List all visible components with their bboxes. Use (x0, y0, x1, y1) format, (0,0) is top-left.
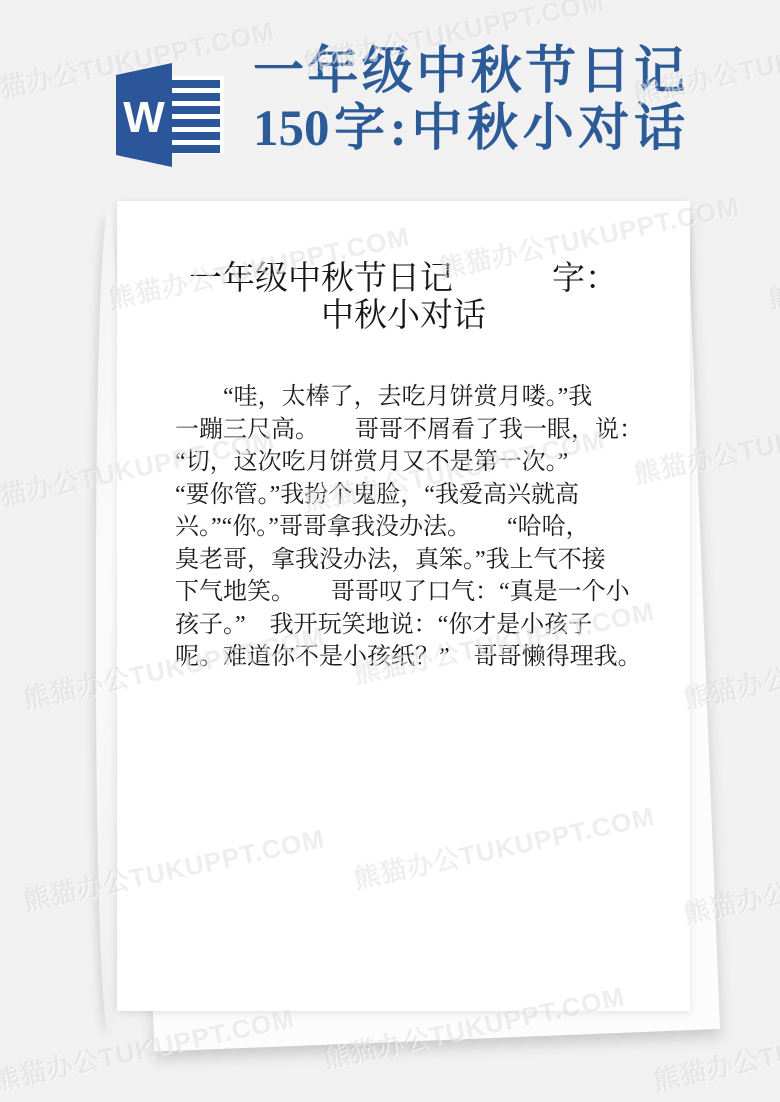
document-title: 一年级中秋节日记 字： 中秋小对话 (117, 261, 690, 335)
page-title-line2: 150字:中秋小对话 (253, 101, 685, 158)
body-line: 呢。难道你不是小孩纸？” 哥哥懒得理我。 (175, 641, 690, 674)
page-title: 一年级中秋节日记 150字:中秋小对话 (253, 44, 685, 158)
word-icon-letter: W (123, 93, 165, 142)
body-line: “哇，太棒了，去吃月饼赏月喽。”我 (175, 381, 690, 414)
body-line: 孩子。” 我开玩笑地说：“你才是小孩子 (175, 609, 690, 642)
page-title-line1: 一年级中秋节日记 (253, 44, 685, 101)
document-body: “哇，太棒了，去吃月饼赏月喽。”我 一蹦三尺高。 哥哥不屑看了我一眼，说： “切… (117, 381, 690, 674)
site-watermark-text: 熊猫办公TUKUPPT.COM (765, 216, 780, 316)
body-line: “要你管。”我扮个鬼脸，“我爱高兴就高 (175, 479, 690, 512)
document-title-line1: 一年级中秋节日记 字： (117, 261, 690, 298)
body-line: 兴。”“你。”哥哥拿我没办法。 “哈哈， (175, 511, 690, 544)
body-line: “切，这次吃月饼赏月又不是第一次。” (175, 446, 690, 479)
body-line: 臭老哥，拿我没办法，真笨。”我上气不接 (175, 544, 690, 577)
document-page: 一年级中秋节日记 字： 中秋小对话 “哇，太棒了，去吃月饼赏月喽。”我 一蹦三尺… (117, 201, 690, 1011)
body-line: 一蹦三尺高。 哥哥不屑看了我一眼，说： (175, 414, 690, 447)
body-line: 下气地笑。 哥哥叹了口气：“真是一个小 (175, 576, 690, 609)
document-title-line2: 中秋小对话 (117, 298, 690, 335)
word-file-icon: W (106, 62, 238, 168)
header: W 一年级中秋节日记 150字:中秋小对话 (0, 0, 780, 190)
